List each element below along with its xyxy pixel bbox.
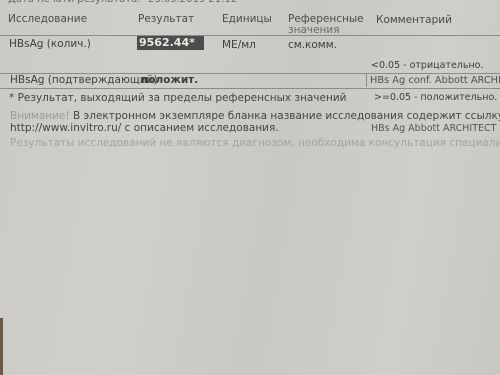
row-result: положит. [141, 75, 198, 86]
row-units: МЕ/мл [222, 40, 256, 51]
paper-edge-background [0, 318, 3, 375]
warning-link-line: http://www.invitro.ru/ с описанием иссле… [10, 122, 279, 134]
comment-line: >=0.05 - положительно. [371, 93, 497, 104]
header-divider [0, 35, 500, 36]
header-reference: Референсные значения [288, 14, 364, 36]
comment-line: HBs Ag Abbott ARCHITECT [371, 124, 497, 135]
comment-line: <0.05 - отрицательно. [371, 61, 497, 72]
header-units: Единицы [222, 14, 272, 25]
row-test-name: HBsAg (колич.) [9, 39, 91, 50]
table-bottom-divider [0, 88, 500, 89]
result-value-flagged: 9562.44* [137, 36, 204, 50]
row-reference: см.комм. [288, 40, 337, 51]
warning-label: Внимание! [10, 110, 70, 122]
header-comment: Комментарий [376, 15, 452, 26]
header-test: Исследование [8, 14, 87, 25]
warning-note: Внимание! В электронном экземпляре бланк… [10, 110, 500, 122]
footnote: * Результат, выходящий за пределы рефере… [9, 92, 346, 104]
row-test-name: HBsAg (подтверждающий) [10, 75, 157, 86]
row-comment: HBs Ag conf. Abbott ARCHITECT [370, 75, 500, 86]
warning-text: В электронном экземпляре бланка название… [70, 110, 500, 122]
disclaimer: Результаты исследований не являются диаг… [10, 137, 500, 149]
header-result: Результат [138, 14, 194, 25]
comment-column-divider [366, 73, 367, 87]
print-date-value: 23.05.2019 21:12 [148, 0, 237, 5]
print-date: Дата печати результата: 23.05.2019 21:12 [8, 0, 141, 5]
lab-results-page: Дата печати результата: 23.05.2019 21:12… [0, 0, 500, 375]
print-date-label: Дата печати результата: [8, 0, 141, 5]
